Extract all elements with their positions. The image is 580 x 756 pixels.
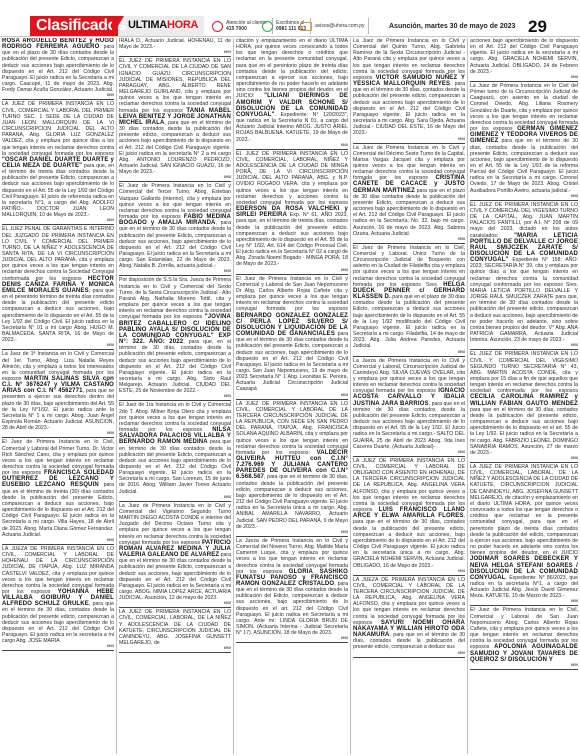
notice-text: , para que en el término de 30 días cont… [119,220,231,269]
legal-notice: La Juez de Primera Instancia en lo Civil… [353,145,465,244]
notice-text: La Juez de Primera Instancia en lo Civil… [470,83,578,132]
column-3: citación y emplazamiento en el diario UL… [236,38,348,754]
legal-notice: La Jueza de Primera Instancia en lo Civi… [236,538,348,644]
legal-notice: LA JUEZA DE PRIMERA INSTANCIA EN LO CIVI… [2,546,114,652]
legal-notice: LA JUEZ DE PRIMERA INSTANCIA EN LO CIVIL… [119,609,231,653]
legal-notice: EL JUEZ DE PRIMERA INSTANCIA EN LO CIVIL… [236,151,348,275]
legal-notice: La Juez de Primera Instancia en lo Civil… [353,38,465,144]
notice-body: La Jueza de Primera Instancia en lo Civi… [353,358,465,450]
notice-body: EL JUEZ DE PRIMERA INSTANCIA EN LO CIVIL… [470,202,578,344]
column-divider [116,38,117,754]
notice-body: LA JUEZ DE PRIMERA INSTANCIA EN LO CIVIL… [2,101,114,218]
newspaper-logo: ULTIMAHORA [128,19,198,31]
legal-notice: LA JUEZ DE PRIMERA INSTANCIA EN LO CIVIL… [470,464,578,606]
notice-text: para que en el término de 30 días contad… [119,552,231,601]
legal-notice: El Juez de 1ra Instancia en lo Civil y C… [119,402,231,501]
notice-body: La Juez de 1ª Instancia en lo Civil y Co… [2,351,114,431]
notice-text: , para que en el perentorio término de t… [2,288,114,343]
notice-parties: BERNARDO GONZALEZ GONZALEZ C/ PERLA LOPE… [236,313,348,337]
notice-text: para que en término de 30 días contados … [119,439,231,494]
column-1: ROSA ARGUELLO BENITEZ y HUGO RODRIGO FER… [2,38,114,754]
column-divider [467,38,468,754]
legal-notice: Por disposición de S.S la Sra. Jueza de … [119,277,231,401]
column-5: acciones bajo apercibimiento de lo dispu… [470,38,578,754]
notice-text: LA JUEZ DE PRIMERA INSTANCIA EN LO CIVIL… [119,609,231,646]
notice-code: 6908 [353,450,465,454]
notice-code: 6908 [119,269,231,273]
notice-code: 6908 [470,599,578,603]
legal-notice: El Juez de Primera Instancia en lo Civil… [2,439,114,545]
notice-body: LA JUEZ DE PRIMERA INSTANCIA EN LO CIVIL… [236,401,348,530]
section-title: Clasificados [30,16,118,36]
notice-code: 6908 [470,343,578,347]
notice-body: LA JUEZ DE PRIMERA INSTANCIA EN LO CIVIL… [353,458,465,569]
contact-email-value[interactable]: avisos@uhora.com.py [315,23,365,29]
notice-code: 6908 [353,237,465,241]
notice-text: , para que se presenten a ejercer sus de… [2,388,114,431]
divider [368,18,369,34]
envelope-icon [300,22,312,31]
notice-text: para que en el término de 30 días contad… [236,331,348,392]
notice-code: 6908 [119,394,231,398]
notice-text: para que en el término de treinta (30) d… [2,482,114,537]
legal-notice: El Juez de Primera Instancia en lo Civil… [353,245,465,357]
notice-text: Exp. N° 61, AÑO 2023, para que, en el té… [236,212,348,267]
notice-code: 6908 [353,569,465,573]
notice-text: , para que en el término de 30 días cont… [236,581,348,636]
page-header: Clasificados ULTIMAHORA Atención al clie… [0,0,580,36]
notice-code: 6908 [236,636,348,640]
notice-code: 6908 [2,431,114,435]
notice-code: 6908 [119,175,231,179]
notice-text: , para que en el término de 30 días, con… [236,474,348,529]
notice-code: 6908 [2,538,114,542]
legal-notice: EL JUEZ DE PRIMERA INSTANCIA EN LO CIVIL… [470,351,578,463]
notice-text: , para que en el término de 30 días, con… [353,81,465,136]
logo-ultima: ULTIMA [128,19,167,31]
notice-text: EL JUEZ DE PRIMERA INSTANCIA EN LO CIVIL… [470,351,578,394]
legal-notice: EL JUEZ DE PRIMERA INSTANCIA EN LO CIVIL… [119,58,231,182]
notice-text: LA JUEZA DE PRIMERA INSTANCIA EN LO CIVI… [2,546,114,595]
notice-body: ROSA ARGUELLO BENITEZ y HUGO RODRIGO FER… [2,38,114,93]
legal-notice: EL JUEZ DE PRIMERA INSTANCIA EN LO CIVIL… [470,202,578,351]
legal-notice: acciones bajo apercibimiento de lo dispu… [470,38,578,82]
notice-code: 6908 [2,343,114,347]
legal-notice: La Juez de Primera Instancia en lo Civil… [470,83,578,201]
notice-body: acciones bajo apercibimiento de lo dispu… [470,38,578,75]
column-divider [233,38,234,754]
notice-body: LA JUEZ DE PRIMERA INSTANCIA EN LO CIVIL… [119,609,231,646]
notice-body: EL JUEZ DE PRIMERA INSTANCIA EN LO CIVIL… [119,58,231,175]
notice-text: , para que en el término de 30 días, con… [353,513,465,568]
logo-hora: HORA [167,19,198,31]
notice-code: 6908 [470,456,578,460]
notice-body: El Juez de Primera Instancia en lo Civil… [353,245,465,350]
notice-code: 6908 [353,350,465,354]
page-number: 29 [528,17,547,37]
notice-code: 6908 [119,495,231,499]
notice-body: EL JUEZ DE PRIMERA INSTANCIA EN LO CIVIL… [470,351,578,456]
notice-text: acciones bajo apercibimiento de lo dispu… [470,38,578,75]
notice-parties: ROSA ARGUELLO BENITEZ y HUGO RODRIGO FER… [2,38,114,50]
phone-icon [212,21,223,32]
notice-code: 6908 [236,268,348,272]
notice-text: LA JUEZ DE PRIMERA INSTANCIA EN LO CIVIL… [470,464,578,556]
whatsapp-icon [262,21,273,32]
header-rule [0,36,580,37]
legal-notice: La Jueza de Primera Instancia en lo Civi… [353,358,465,457]
notice-text: para que en el término de 30 días, conta… [470,138,578,193]
notice-code: 6908 [119,601,231,605]
notice-body: El Juez de Primera Instancia en lo Civil… [470,607,578,662]
notice-text: LA JUEZ DE PRIMERA INSTANCIA EN LO CIVIL… [353,458,465,513]
notice-code: 6908 [236,143,348,147]
notice-body: La Jueza de Primera Instancia en lo Civi… [236,538,348,637]
notice-text: LA JUEZ DE PRIMERA INSTANCIA EN LO CIVIL… [236,401,348,456]
notice-code: 6908 [236,530,348,534]
legal-notice: citación y emplazamiento en el diario UL… [236,38,348,150]
legal-notice: EL JUEZ PENAL DE GARANTÍAS E INTERINO DE… [2,226,114,350]
legal-notice: La Juez de 1ª Instancia en lo Civil y Co… [2,351,114,438]
notice-code: 6908 [470,194,578,198]
notice-body: LA JUEZA DE PRIMERA INSTANCIA EN LO CIVI… [353,577,465,651]
issue-date: Asunción, martes 30 de mayo de 2023 [389,23,515,30]
section-title-slant [112,16,124,36]
notice-text: , para que en el término de 30 días cont… [119,120,231,175]
legal-notice: IRALA D., Actuario Judicial. HOHENAU, 11… [119,38,231,57]
notice-text: EL JUEZ DE PRIMERA INSTANCIA EN LO CIVIL… [119,58,231,113]
legal-notice: La Juez de Primera Instancia en lo Civil… [119,503,231,609]
notice-body: El Juez de 1ra Instancia en lo Civil y C… [119,402,231,494]
notice-body: EL JUEZ DE PRIMERA INSTANCIA EN LO CIVIL… [236,151,348,268]
notice-body: Por disposición de S.S la Sra. Jueza de … [119,277,231,394]
notice-text: El Juez de Primera Instancia en lo Civil… [236,276,348,313]
notice-text: LA JUEZA DE PRIMERA INSTANCIA EN LO CIVI… [353,577,465,626]
legal-notice: LA JUEZ DE PRIMERA INSTANCIA EN LO CIVIL… [353,458,465,576]
classifieds-columns: ROSA ARGUELLO BENITEZ y HUGO RODRIGO FER… [0,38,580,756]
notice-code: 6909 [470,663,578,667]
notice-text: para que, en el término de treinta días … [2,163,114,218]
notice-code: 6809 [2,218,114,222]
notice-body: El Juez de Primera Instancia en lo Civil… [119,183,231,269]
contact-value[interactable]: 415 7000 [226,26,247,32]
notice-text: IRALA D., Actuario Judicial. HOHENAU, 11… [119,38,231,50]
notice-text: citación y emplazamiento en el diario UL… [236,38,348,99]
notice-text: para que en el plazo de 30 días contados… [353,188,465,237]
notice-body: EL JUEZ PENAL DE GARANTÍAS E INTERINO DE… [2,226,114,343]
notice-body: El Juez de Primera Instancia en lo Civil… [236,276,348,393]
notice-body: LA JUEZA DE PRIMERA INSTANCIA EN LO CIVI… [2,546,114,645]
legal-notice: LA JUEZ DE PRIMERA INSTANCIA EN LO CIVIL… [236,401,348,537]
legal-notice: El Juez de Primera Instancia en lo Civil… [236,276,348,400]
notice-body: La Juez de Primera Instancia en lo Civil… [353,38,465,137]
notice-code: 6909 [119,646,231,650]
notice-text: para que en el término de 30 días, conta… [470,407,578,456]
notice-body: LA JUEZ DE PRIMERA INSTANCIA EN LO CIVIL… [470,464,578,599]
notice-body: La Juez de Primera Instancia en lo Civil… [470,83,578,194]
column-divider [350,38,351,754]
notice-body: El Juez de Primera Instancia en lo Civil… [2,439,114,538]
notice-text: para que en el plazo de 30 días contados… [2,44,114,93]
notice-text: Expediente N° 158; AÑO: 2023; SECRETARÍA… [470,257,578,343]
contact-email: avisos@uhora.com.py [300,18,365,34]
notice-code: 6908 [353,137,465,141]
notice-text: para que en el plazo de 30 días contados… [353,294,465,349]
notice-code: 6908 [236,393,348,397]
notice-text: , para que, en el término de 30 días, co… [119,339,231,394]
notice-body: La Juez de Primera Instancia en lo Civil… [353,145,465,237]
notice-body: La Juez de Primera Instancia en lo Civil… [119,503,231,602]
notice-body: citación y emplazamiento en el diario UL… [236,38,348,143]
column-2: IRALA D., Actuario Judicial. HOHENAU, 11… [119,38,231,754]
notice-body: IRALA D., Actuario Judicial. HOHENAU, 11… [119,38,231,50]
legal-notice: El Juez de Primera Instancia en lo Civil… [470,607,578,669]
legal-notice: LA JUEZA DE PRIMERA INSTANCIA EN LO CIVI… [353,577,465,658]
legal-notice: ROSA ARGUELLO BENITEZ y HUGO RODRIGO FER… [2,38,114,100]
contact-phone: Atención al cliente:415 7000 [212,18,268,34]
notice-text: , para que en el término de 30 días cont… [353,401,465,450]
notice-code: 6909 [2,644,114,648]
notice-code: 6908 [470,75,578,79]
notice-code: 6809 [2,93,114,97]
notice-text: EL JUEZ DE PRIMERA INSTANCIA EN LO CIVIL… [236,151,348,206]
notice-parties: CECILIA CAROLINA RAMIREZ y WILLIAN FABIA… [470,394,578,406]
notice-text: , para que en el término de 30 días, con… [2,601,114,644]
legal-notice: El Juez de Primera Instancia en lo Civil… [119,183,231,276]
notice-code: 6909 [353,651,465,655]
column-4: La Juez de Primera Instancia en lo Civil… [353,38,465,754]
notice-text: EL JUEZ PENAL DE GARANTÍAS E INTERINO DE… [2,226,114,281]
notice-code: 6909 [119,50,231,54]
legal-notice: LA JUEZ DE PRIMERA INSTANCIA EN LO CIVIL… [2,101,114,225]
notice-text: LA JUEZ DE PRIMERA INSTANCIA EN LO CIVIL… [2,101,114,156]
